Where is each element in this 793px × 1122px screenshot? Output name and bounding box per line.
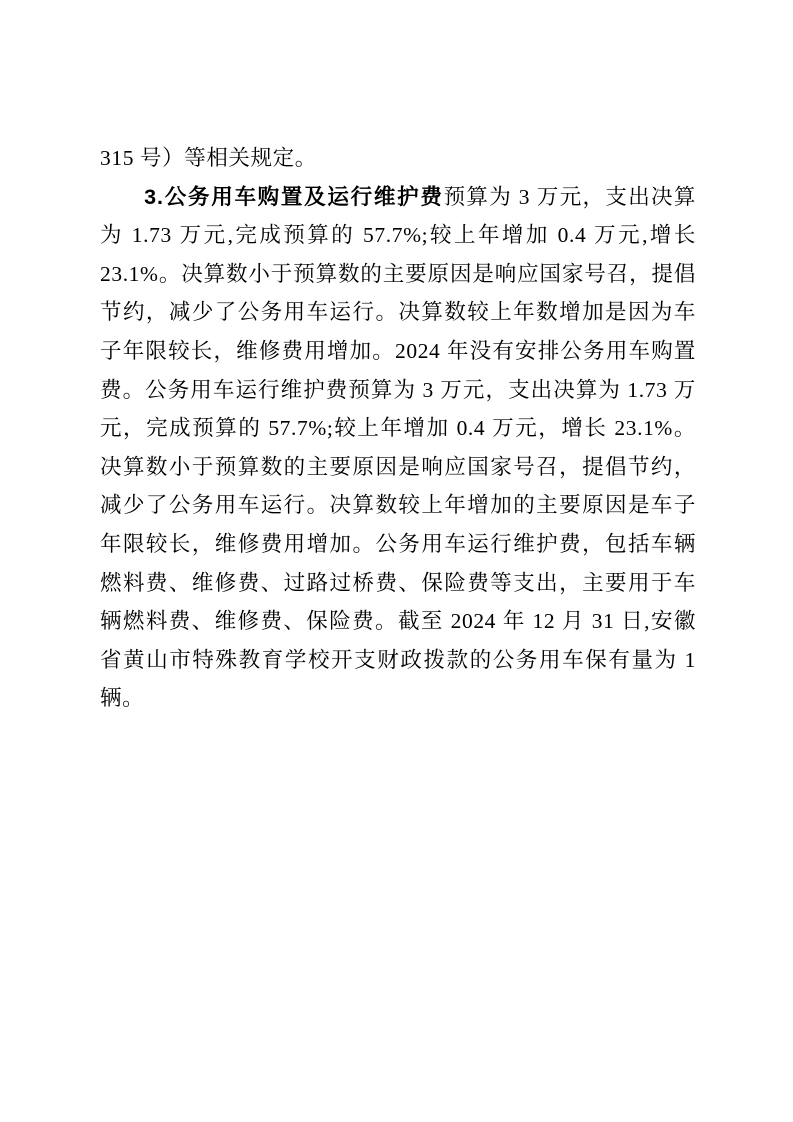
paragraph-continuation: 315 号）等相关规定。 <box>100 139 696 178</box>
document-text-body: 315 号）等相关规定。 3.公务用车购置及运行维护费预算为 3 万元，支出决算… <box>100 139 696 718</box>
paragraph-vehicle-expense-text: 预算为 3 万元，支出决算为 1.73 万元,完成预算的 57.7%;较上年增加… <box>100 185 696 711</box>
document-page: 315 号）等相关规定。 3.公务用车购置及运行维护费预算为 3 万元，支出决算… <box>0 0 793 1122</box>
paragraph-continuation-text: 315 号）等相关规定。 <box>100 146 317 170</box>
paragraph-bold-heading: 3.公务用车购置及运行维护费 <box>144 185 444 209</box>
paragraph-vehicle-expense: 3.公务用车购置及运行维护费预算为 3 万元，支出决算为 1.73 万元,完成预… <box>100 178 696 718</box>
